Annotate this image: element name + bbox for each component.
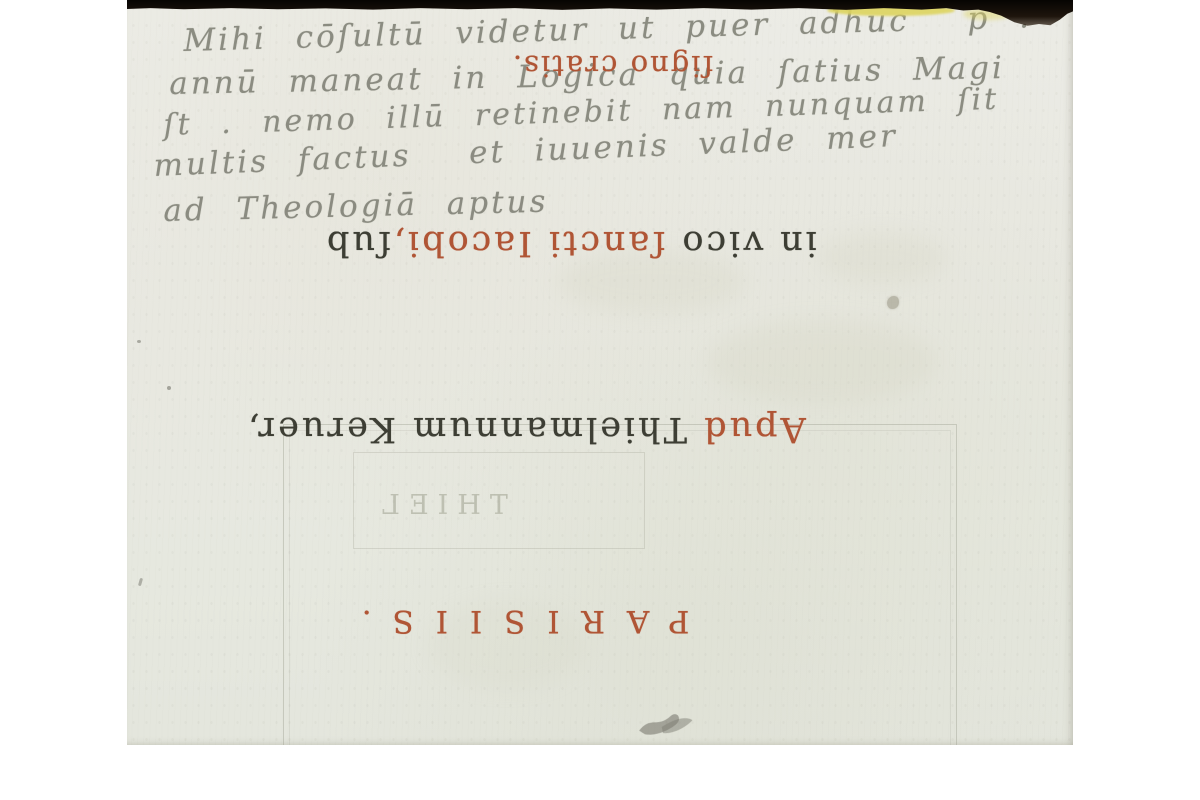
- imprint-text: Thielmannum Keruer,: [245, 409, 701, 449]
- imprint-block-upside-down: PARISIIS. Apud Thielmannum Keruer, in vi…: [297, 468, 867, 720]
- book-page-scan: THIEL Mihi cōſultū videtur ut puer adhuc…: [127, 0, 1073, 745]
- imprint-text: ſigno cratis.: [511, 49, 713, 83]
- ink-smudge: [630, 700, 714, 745]
- paper-speck: [167, 386, 171, 390]
- scan-viewer-background: THIEL Mihi cōſultū videtur ut puer adhuc…: [0, 0, 1200, 800]
- paper-speck: [138, 578, 143, 587]
- imprint-line-street: in vico ſancti Iacobi,ſub: [324, 150, 930, 336]
- paper-speck: [137, 340, 141, 343]
- imprint-text: ſub: [324, 223, 391, 263]
- imprint-line-sign: ſigno cratis.: [511, 0, 803, 150]
- imprint-line-parisiis: PARISIIS.: [340, 522, 945, 720]
- imprint-text: PARISIIS.: [340, 603, 690, 639]
- imprint-text: ſancti Iacobi,: [391, 223, 665, 263]
- imprint-text: Apud: [701, 409, 806, 449]
- imprint-line-publisher: Apud Thielmannum Keruer,: [245, 336, 919, 522]
- imprint-text: in vico: [665, 223, 817, 263]
